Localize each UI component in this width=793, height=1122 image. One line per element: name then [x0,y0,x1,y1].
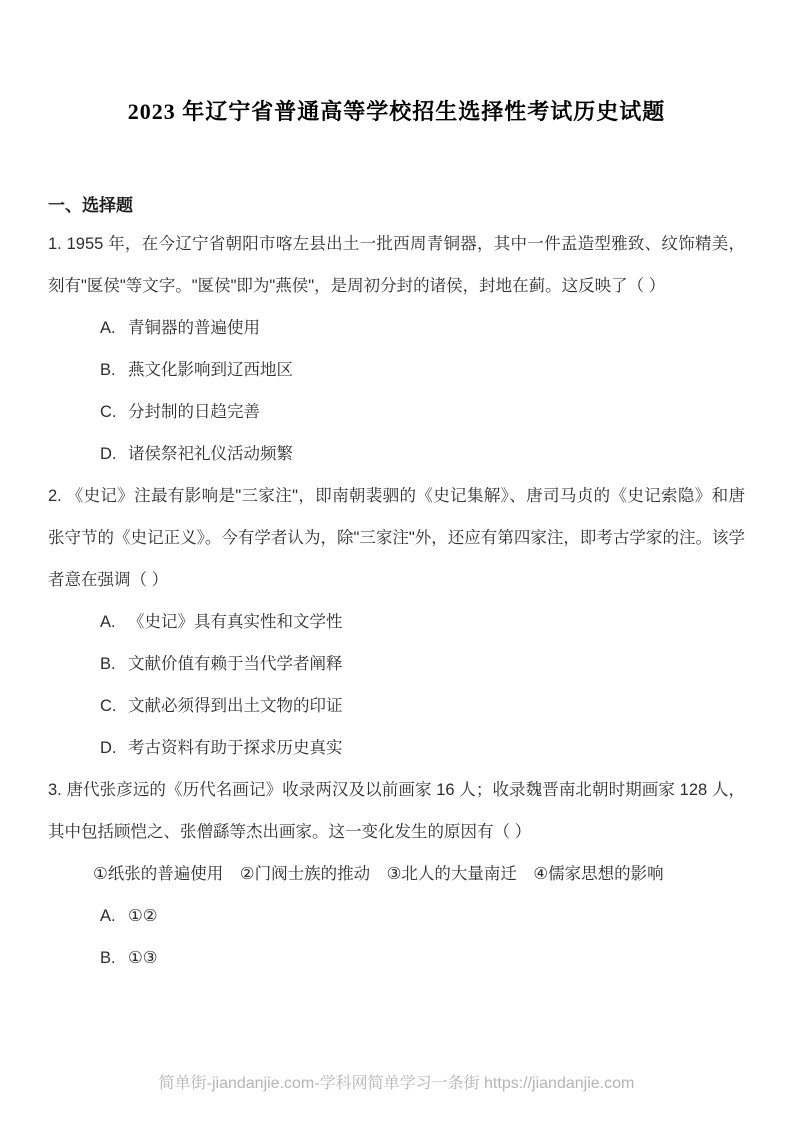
option-label: A. [100,307,128,349]
question-2-stem: 2. 《史记》注最有影响是"三家注"，即南朝裴驷的《史记集解》、唐司马贞的《史记… [48,475,745,601]
option-row: C. 分封制的日趋完善 [100,391,745,433]
exam-document-page: 2023 年辽宁省普通高等学校招生选择性考试历史试题 一、选择题 1. 1955… [0,0,793,1122]
option-row: D. 诸侯祭祀礼仪活动频繁 [100,433,745,475]
option-text: 《史记》具有真实性和文学性 [128,601,745,643]
option-text: 诸侯祭祀礼仪活动频繁 [128,433,745,475]
question-1-stem: 1. 1955 年，在今辽宁省朝阳市喀左县出土一批西周青铜器，其中一件盂造型雅致… [48,223,745,307]
option-text: ①② [128,895,745,937]
option-text: 青铜器的普遍使用 [128,307,745,349]
question-1-options: A. 青铜器的普遍使用 B. 燕文化影响到辽西地区 C. 分封制的日趋完善 D.… [48,307,745,475]
option-row: A. 《史记》具有真实性和文学性 [100,601,745,643]
option-label: D. [100,727,128,769]
question-3-numbered-items: ①纸张的普遍使用 ②门阀士族的推动 ③北人的大量南迁 ④儒家思想的影响 [48,853,745,895]
option-label: D. [100,433,128,475]
option-row: C. 文献必须得到出土文物的印证 [100,685,745,727]
option-label: C. [100,391,128,433]
option-label: A. [100,895,128,937]
option-row: A. 青铜器的普遍使用 [100,307,745,349]
option-label: B. [100,937,128,979]
option-label: C. [100,685,128,727]
option-label: B. [100,349,128,391]
question-3-options: A. ①② B. ①③ [48,895,745,979]
option-row: B. 文献价值有赖于当代学者阐释 [100,643,745,685]
option-text: 文献价值有赖于当代学者阐释 [128,643,745,685]
question-1: 1. 1955 年，在今辽宁省朝阳市喀左县出土一批西周青铜器，其中一件盂造型雅致… [48,223,745,475]
option-label: A. [100,601,128,643]
question-3-stem: 3. 唐代张彦远的《历代名画记》收录两汉及以前画家 16 人；收录魏晋南北朝时期… [48,769,745,853]
question-3: 3. 唐代张彦远的《历代名画记》收录两汉及以前画家 16 人；收录魏晋南北朝时期… [48,769,745,979]
option-text: 分封制的日趋完善 [128,391,745,433]
page-title: 2023 年辽宁省普通高等学校招生选择性考试历史试题 [48,97,745,127]
option-text: 考古资料有助于探求历史真实 [128,727,745,769]
option-row: B. 燕文化影响到辽西地区 [100,349,745,391]
option-text: ①③ [128,937,745,979]
question-2: 2. 《史记》注最有影响是"三家注"，即南朝裴驷的《史记集解》、唐司马贞的《史记… [48,475,745,769]
question-2-options: A. 《史记》具有真实性和文学性 B. 文献价值有赖于当代学者阐释 C. 文献必… [48,601,745,769]
option-row: D. 考古资料有助于探求历史真实 [100,727,745,769]
option-text: 文献必须得到出土文物的印证 [128,685,745,727]
option-label: B. [100,643,128,685]
option-text: 燕文化影响到辽西地区 [128,349,745,391]
section-heading-choice-questions: 一、选择题 [48,193,745,219]
option-row: B. ①③ [100,937,745,979]
footer-watermark: 简单街-jiandanjie.com-学科网简单学习一条街 https://ji… [0,1074,793,1094]
option-row: A. ①② [100,895,745,937]
